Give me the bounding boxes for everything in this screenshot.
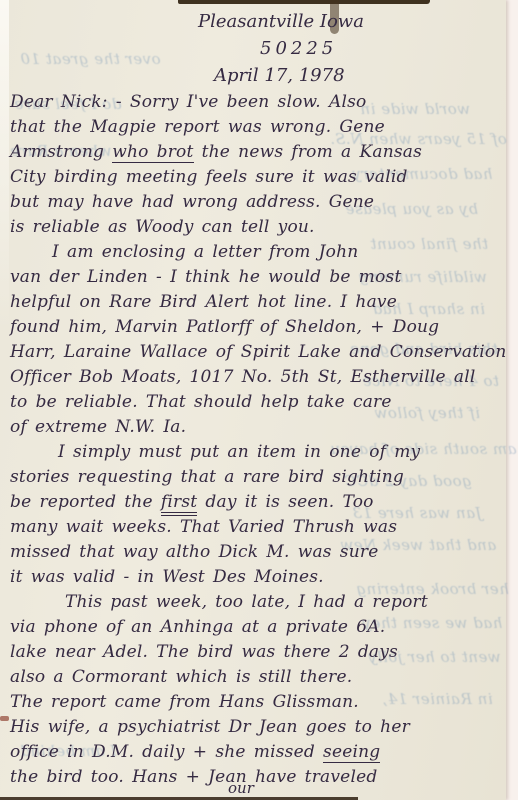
letter-line: I am enclosing a letter from John	[10, 240, 504, 265]
letter-text: be reported the	[10, 492, 161, 512]
letter-insertion-word: our	[228, 779, 254, 797]
paper-speck	[0, 716, 9, 721]
letter-text: the news from a Kansas	[194, 142, 423, 162]
scan-edge-left	[0, 0, 9, 330]
letter-line: of extreme N.W. Ia.	[10, 415, 504, 440]
letter-line: it was valid - in West Des Moines.	[10, 565, 504, 590]
letter-text: His wife, a psychiatrist Dr Jean goes to…	[10, 717, 410, 737]
letter-text: lake near Adel. The bird was there 2 day…	[10, 642, 398, 662]
letter-line: I simply must put an item in one of my	[10, 440, 504, 465]
letter-text: Dear Nick: - Sorry I've been slow. Also	[10, 92, 366, 112]
letter-line: helpful on Rare Bird Alert hot line. I h…	[10, 290, 504, 315]
letter-line: His wife, a psychiatrist Dr Jean goes to…	[10, 715, 504, 740]
letter-date-line: April 17, 1978	[198, 62, 364, 89]
letter-body: Dear Nick: - Sorry I've been slow. Alsot…	[10, 90, 504, 790]
underlined-words: first	[161, 492, 197, 516]
letter-place-line: Pleasantville Iowa	[198, 8, 364, 35]
letter-text: Officer Bob Moats, 1017 No. 5th St, Esth…	[10, 367, 476, 387]
letter-line: office in D.M. daily + she missed seeing	[10, 740, 504, 765]
letter-text: van der Linden - I think he would be mos…	[10, 267, 402, 287]
letter-line: many wait weeks. That Varied Thrush was	[10, 515, 504, 540]
letter-line: This past week, too late, I had a report	[10, 590, 504, 615]
letter-text: I simply must put an item in one of my	[58, 442, 420, 462]
letter-text: The report came from Hans Glissman.	[10, 692, 359, 712]
letter-text: but may have had wrong address. Gene	[10, 192, 374, 212]
letter-text: is reliable as Woody can tell you.	[10, 217, 315, 237]
underlined-words: seeing	[323, 742, 380, 763]
letter-text: City birding meeting feels sure it was v…	[10, 167, 408, 187]
letter-line: Harr, Laraine Wallace of Spirit Lake and…	[10, 340, 504, 365]
letter-text: to be reliable. That should help take ca…	[10, 392, 392, 412]
letter-text: via phone of an Anhinga at a private 6A.	[10, 617, 385, 637]
letter-text: office in D.M. daily + she missed	[10, 742, 323, 762]
letter-line: the bird too. Hans + Jean have traveled	[10, 765, 504, 790]
letter-line: found him, Marvin Patlorff of Sheldon, +…	[10, 315, 504, 340]
letter-line: that the Magpie report was wrong. Gene	[10, 115, 504, 140]
letter-text: I am enclosing a letter from John	[52, 242, 358, 262]
letter-text: Harr, Laraine Wallace of Spirit Lake and…	[10, 342, 506, 362]
letter-zip-line: 50225	[198, 35, 364, 62]
letter-line: be reported the first day it is seen. To…	[10, 490, 504, 515]
letter-text: missed that way altho Dick M. was sure	[10, 542, 378, 562]
letter-text: Armstrong	[10, 142, 112, 162]
letter-line: via phone of an Anhinga at a private 6A.	[10, 615, 504, 640]
letter-header: Pleasantville Iowa 50225 April 17, 1978	[198, 8, 364, 89]
letter-text: also a Cormorant which is still there.	[10, 667, 352, 687]
letter-line: also a Cormorant which is still there.	[10, 665, 504, 690]
letter-text: This past week, too late, I had a report	[65, 592, 428, 612]
letter-text: that the Magpie report was wrong. Gene	[10, 117, 385, 137]
scan-edge-top-dark	[178, 0, 430, 4]
letter-line: Armstrong who brot the news from a Kansa…	[10, 140, 504, 165]
letter-line: Dear Nick: - Sorry I've been slow. Also	[10, 90, 504, 115]
letter-text: helpful on Rare Bird Alert hot line. I h…	[10, 292, 397, 312]
letter-line: The report came from Hans Glissman.	[10, 690, 504, 715]
underlined-words: who brot	[112, 142, 193, 163]
letter-text: many wait weeks. That Varied Thrush was	[10, 517, 397, 537]
letter-line: stories requesting that a rare bird sigh…	[10, 465, 504, 490]
letter-line: van der Linden - I think he would be mos…	[10, 265, 504, 290]
letter-text: the bird too. Hans + Jean have traveled	[10, 767, 377, 787]
letter-text: day it is seen. Too	[197, 492, 373, 512]
letter-line: Officer Bob Moats, 1017 No. 5th St, Esth…	[10, 365, 504, 390]
letter-line: City birding meeting feels sure it was v…	[10, 165, 504, 190]
letter-line: to be reliable. That should help take ca…	[10, 390, 504, 415]
letter-line: missed that way altho Dick M. was sure	[10, 540, 504, 565]
letter-text: stories requesting that a rare bird sigh…	[10, 467, 404, 487]
letter-line: lake near Adel. The bird was there 2 day…	[10, 640, 504, 665]
letter-text: it was valid - in West Des Moines.	[10, 567, 324, 587]
letter-text: of extreme N.W. Ia.	[10, 417, 186, 437]
letter-line: but may have had wrong address. Gene	[10, 190, 504, 215]
letter-line: is reliable as Woody can tell you.	[10, 215, 504, 240]
letter-text: found him, Marvin Patlorff of Sheldon, +…	[10, 317, 439, 337]
